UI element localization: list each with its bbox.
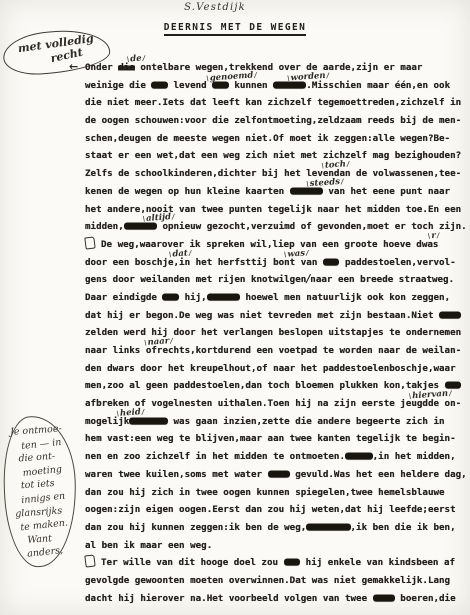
body-text: ←Onder diede ontelbare wegen,trekkend ov… [85, 59, 467, 607]
typed-text: hoewel men natuurlijk ook kon zeggen, [240, 292, 450, 303]
typed-text: ,in het midden, [373, 451, 456, 462]
typed-line: Daar eindigde hij, hoewel men natuurlijk… [85, 289, 467, 307]
paragraph-mark [84, 236, 95, 249]
typed-text: dan de volwassenen,tee- [334, 168, 461, 179]
struck-out-word [207, 293, 240, 300]
typed-text: dan zou hij kunnen zeggen:ik ben de weg, [85, 522, 306, 533]
typed-line: schen,deugen de meeste wegen niet.Of moe… [85, 130, 467, 148]
typed-text: Daar eindigde [85, 292, 162, 303]
typed-text: naar een breede straatweg. [310, 274, 454, 285]
typed-text: gevuld.Was het een heldere dag, [290, 469, 467, 480]
typed-line: waren twee kuilen,soms met water gevuld.… [85, 466, 467, 484]
typed-line: midden,altijd opnieuw gezocht,verzuimd o… [85, 218, 467, 236]
typed-line: naar links ofnaarrechts,kortdurend een v… [85, 342, 467, 360]
handwritten-insertion-text: toch [321, 159, 350, 171]
typed-text: gens door weilanden met rijen knotwilgen [85, 274, 306, 285]
typed-text: boeren,die [395, 593, 456, 604]
struck-out-word [284, 559, 301, 566]
typed-text: rechts,kortdurend een voetpad te worden … [157, 345, 461, 356]
typed-text: staat er een wet,dat een weg zich niet m… [85, 150, 461, 161]
struck-out-word [268, 470, 290, 477]
typed-line: dan zou hij kunnen zeggen:ik ben de weg,… [85, 519, 467, 537]
struck-out-word [306, 523, 350, 530]
typed-text: hem vast:een weg te blijven,maar aan twe… [85, 433, 456, 444]
typed-text: waren twee kuilen,soms met water [85, 469, 268, 480]
page-title: DEERNIS MET DE WEGEN [164, 22, 306, 36]
author-signature: S.Vestdijk [0, 2, 430, 13]
typed-line: hem vast:een weg te blijven,maar aan twe… [85, 430, 467, 448]
margin-note-left: Je ontmoe-ten — indie ont-moetingtot iet… [1, 415, 78, 568]
typed-text: .Misschien maar één,en ook [306, 80, 450, 91]
typed-text: Onder [85, 62, 118, 73]
typed-line: staat er een wet,dat een weg zich niet m… [85, 147, 467, 165]
paragraph-mark [84, 555, 95, 568]
typed-text: dacht hij hierover na.Het voorbeeld volg… [85, 593, 373, 604]
typed-text: weinige die [85, 80, 151, 91]
typed-text: hij enkele van kindsbeen af [300, 557, 455, 568]
typed-text: Ter wille van dit hooge doel zou [101, 557, 284, 568]
handwritten-insertion-text: r [427, 230, 439, 241]
typed-text: men,zoo al geen paddestoelen,dan toch bl… [85, 380, 445, 391]
typed-line: al ben ik maar een weg. [85, 537, 467, 555]
typed-line: dacht hij hierover na.Het voorbeeld volg… [85, 590, 467, 608]
typed-line: ←Onder diede ontelbare wegen,trekkend ov… [85, 59, 467, 77]
typed-line: oogen:zijn eigen oogen.Eerst dan zou hij… [85, 501, 467, 519]
typed-text: schen,deugen de meeste wegen niet.Of moe… [85, 133, 450, 144]
typed-line: gens door weilanden met rijen knotwilgen… [85, 271, 467, 289]
typed-line: Zelfs de schoolkinderen,dichter bij het … [85, 165, 467, 183]
typed-text: oogen:zijn eigen oogen.Eerst dan zou hij… [85, 504, 456, 515]
typed-text: gevolgde gewoonten moeten overwinnen.Dat… [85, 575, 450, 586]
typed-text: dat hij er begon.De weg was niet tevrede… [85, 310, 439, 321]
typed-line: dat hij er begon.De weg was niet tevrede… [85, 307, 467, 325]
struck-out-word [124, 223, 157, 230]
typed-text: opnieuw gezocht,verzuimd of gevonden,moe… [157, 221, 467, 232]
manuscript-sheet: S.Vestdijk DEERNIS MET DE WEGEN met voll… [0, 0, 470, 615]
typed-text: midden, [85, 221, 124, 232]
typed-line: de oogen schouwen:voor die zelfontmoetin… [85, 112, 467, 130]
typed-line: zelden werd hij door het verlangen beslo… [85, 324, 467, 342]
typed-text: den dwars door het kreupelhout,of naar h… [85, 363, 456, 374]
typed-text: ,ik ben die ik ben, [351, 522, 456, 533]
typed-line: mogelijkheid was gaan inzien,zette die a… [85, 413, 467, 431]
typed-text: die niet meer.Iets dat leeft kan zichzel… [85, 97, 461, 108]
struck-out-word [323, 258, 340, 265]
typed-line: nen en zoo zichzelf in het midden te ont… [85, 448, 467, 466]
typed-line: die niet meer.Iets dat leeft kan zichzel… [85, 94, 467, 112]
typed-line: weinige die levend genoemd kunnen worden… [85, 77, 467, 95]
typed-text: hij, [179, 292, 207, 303]
typed-text: kenen de wegen op hun kleine kaarten [85, 186, 290, 197]
typed-text: was gaan inzien,zette die andere begeert… [168, 416, 445, 427]
typed-text: dan zou hij zich in twee oogen kunnen sp… [85, 487, 445, 498]
handwritten-insertion-text: de [126, 53, 145, 64]
typed-line: gevolgde gewoonten moeten overwinnen.Dat… [85, 572, 467, 590]
typed-text: paddestoelen,vervol- [339, 257, 455, 268]
typed-text: het andere,nooit van twee punten tegelij… [85, 204, 461, 215]
handwritten-insertion-text: naar [144, 336, 173, 348]
struck-out-word [439, 311, 461, 318]
typed-line: Ter wille van dit hooge doel zou hij enk… [85, 554, 467, 572]
struck-out-word [345, 453, 373, 460]
typed-text: van het eene punt naar [323, 186, 450, 197]
typed-line: door een boschje,datin het herfsttij bon… [85, 254, 467, 272]
struck-out-word [129, 417, 168, 424]
typed-text: ontelbare wegen,trekkend over de aarde,z… [135, 62, 423, 73]
typed-line: dan zou hij zich in twee oogen kunnen sp… [85, 484, 467, 502]
insert-arrow-mark: ← [69, 60, 83, 73]
typed-text: zelden werd hij door het verlangen beslo… [85, 327, 461, 338]
typed-line: kenen de wegen op hun kleine kaarten ste… [85, 183, 467, 201]
typed-text: al ben ik maar een weg. [85, 540, 212, 551]
typed-text: nen en zoo zichzelf in het midden te ont… [85, 451, 345, 462]
typed-text: Zelfs de schoolkinderen,dichter bij het … [85, 168, 334, 179]
handwritten-insertion-text: was [284, 248, 309, 260]
typed-text: in het herfsttij bont [179, 257, 295, 268]
typed-line: De weg,waarover ik spreken wil,liep van … [85, 236, 467, 254]
struck-out-word [162, 293, 179, 300]
struck-out-word [151, 81, 168, 88]
typed-text: De weg,waarover ik spreken wil,liep van … [101, 239, 433, 250]
typed-text: door een boschje, [85, 257, 179, 268]
handwritten-insertion-text: dat [169, 248, 192, 260]
struck-out-word [373, 594, 395, 601]
typed-line: den dwars door het kreupelhout,of naar h… [85, 360, 467, 378]
typed-text: de oogen schouwen:voor die zelfontmoetin… [85, 115, 461, 126]
